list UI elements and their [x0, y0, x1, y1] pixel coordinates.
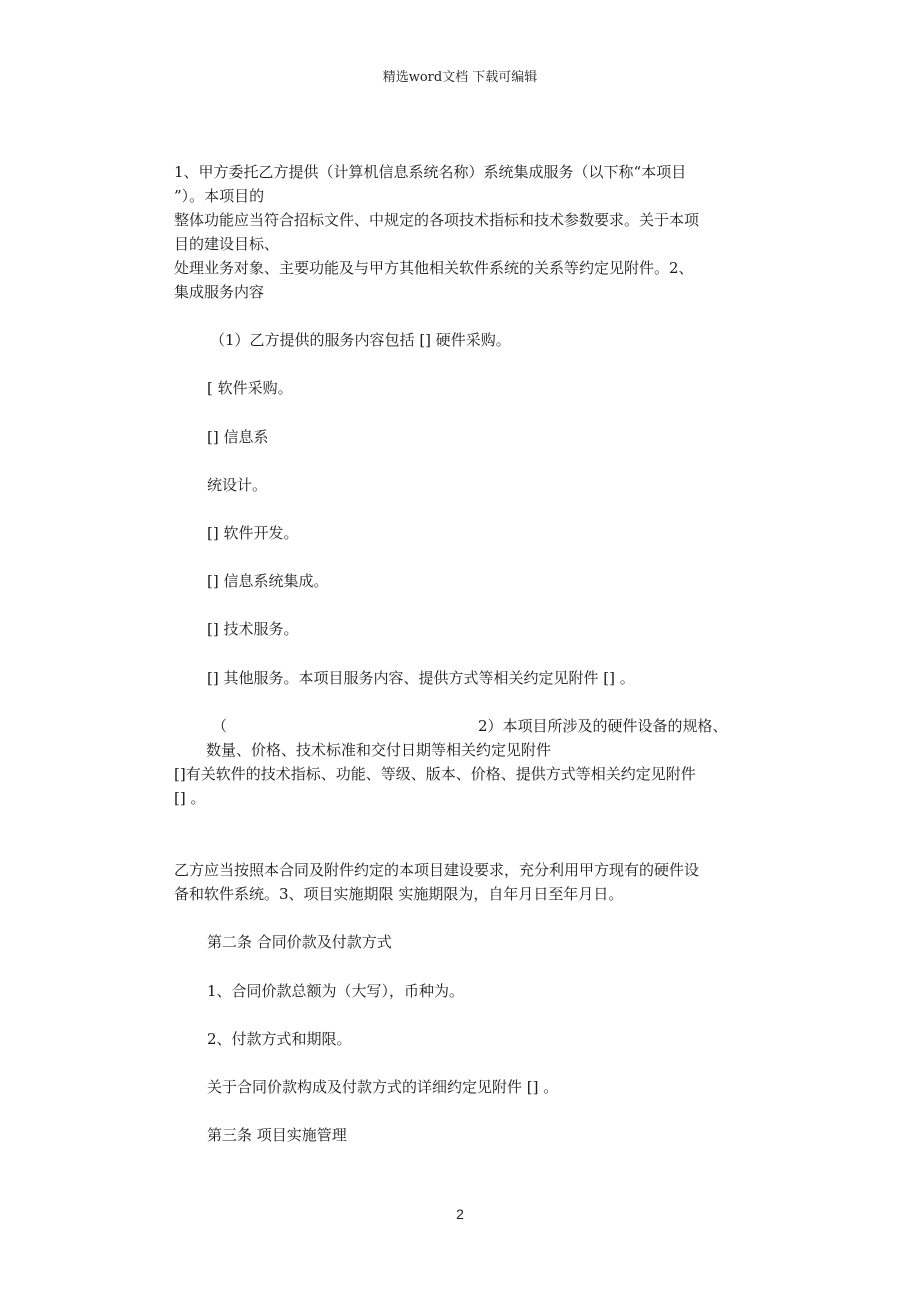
body-line: （ — [212, 716, 227, 736]
page-number: 2 — [0, 1206, 920, 1222]
body-line: 2）本项目所涉及的硬件设备的规格、 — [478, 716, 728, 736]
body-line: [] 技术服务。 — [207, 619, 298, 639]
body-line: 整体功能应当符合招标文件、中规定的各项技术指标和技术参数要求。关于本项 — [174, 210, 699, 230]
body-line: 1、合同价款总额为（大写），币种为。 — [207, 981, 464, 1001]
body-line: 统设计。 — [207, 475, 267, 495]
section-heading: 第三条 项目实施管理 — [207, 1125, 347, 1145]
section-heading: 第二条 合同价款及付款方式 — [207, 932, 392, 952]
body-line: 数量、价格、技术标准和交付日期等相关约定见附件 — [206, 740, 551, 760]
body-line: （1）乙方提供的服务内容包括 [] 硬件采购。 — [210, 330, 511, 350]
body-line: 1、甲方委托乙方提供（计算机信息系统名称）系统集成服务（以下称“本项目 — [174, 162, 686, 182]
body-line: [] 软件开发。 — [207, 523, 298, 543]
body-line: [ 软件采购。 — [207, 378, 293, 398]
page-header: 精选word文档 下载可编辑 — [0, 66, 920, 85]
body-line: [] 信息系统集成。 — [207, 571, 328, 591]
body-line: [] 其他服务。本项目服务内容、提供方式等相关约定见附件 [] 。 — [207, 668, 635, 688]
body-line: []有关软件的技术指标、功能、等级、版本、价格、提供方式等相关约定见附件 — [174, 764, 696, 784]
body-line: 乙方应当按照本合同及附件约定的本项目建设要求，充分利用甲方现有的硬件设 — [174, 860, 699, 880]
body-line: [] 信息系 — [207, 427, 268, 447]
body-line: [] 。 — [174, 788, 205, 808]
body-line: 处理业务对象、主要功能及与甲方其他相关软件系统的关系等约定见附件。2、 — [174, 258, 694, 278]
body-line: 备和软件系统。3、项目实施期限 实施期限为，自年月日至年月日。 — [174, 884, 623, 904]
body-line: 集成服务内容 — [174, 282, 264, 302]
body-line: 目的建设目标、 — [174, 234, 279, 254]
body-line: 关于合同价款构成及付款方式的详细约定见附件 [] 。 — [207, 1077, 558, 1097]
body-line: ”）。本项目的 — [174, 186, 264, 206]
body-line: 2、付款方式和期限。 — [207, 1029, 352, 1049]
